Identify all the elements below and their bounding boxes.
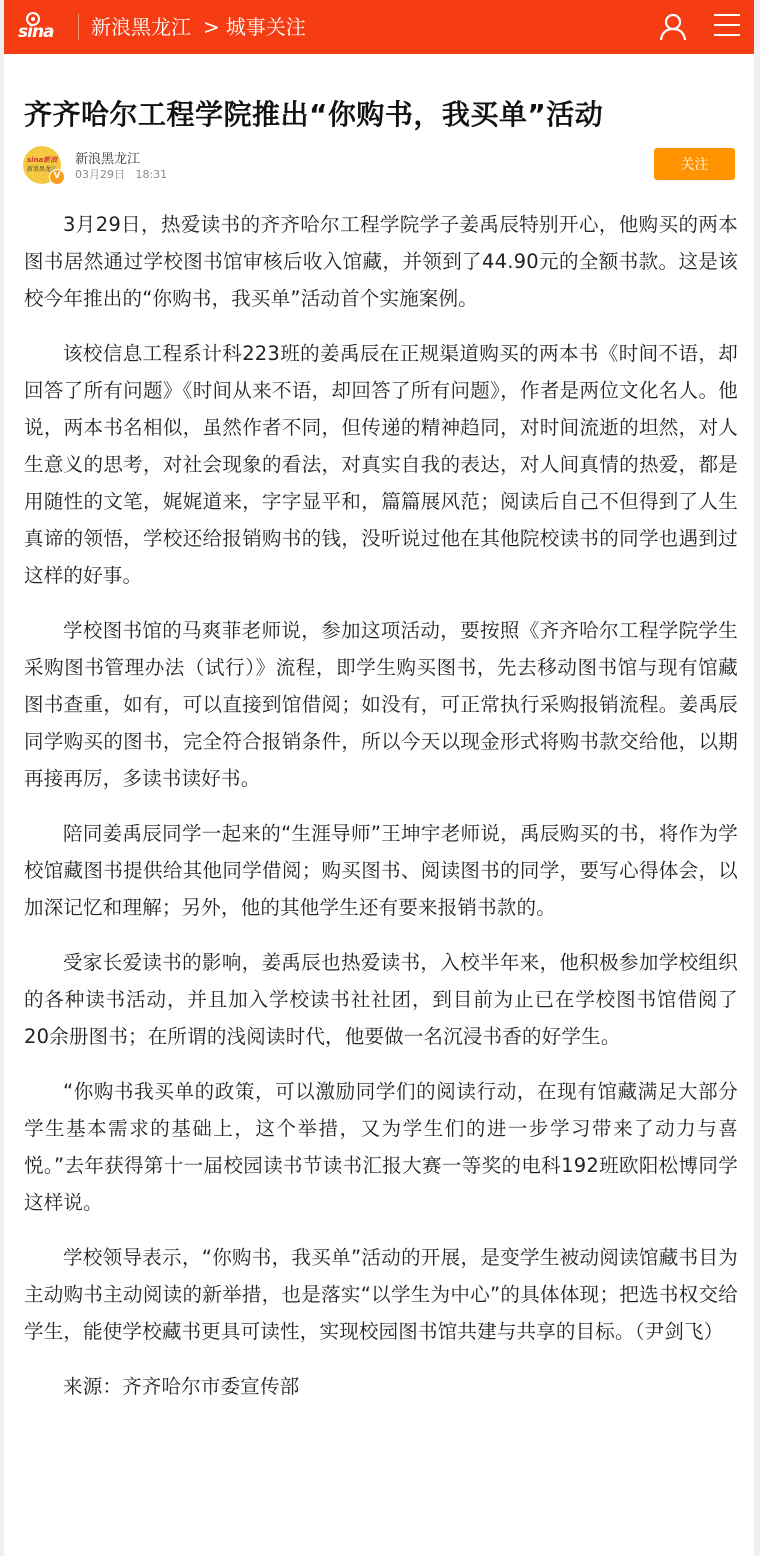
nav-divider	[78, 14, 79, 40]
article-paragraph: 学校领导表示，“你购书，我买单”活动的开展，是变学生被动阅读馆藏书目为主动购书主…	[24, 1239, 738, 1350]
top-nav-bar: sina 新浪黑龙江>城事关注	[4, 0, 754, 54]
article-paragraph: 该校信息工程系计科223班的姜禹辰在正规渠道购买的两本书《时间不语，却回答了所有…	[24, 335, 738, 594]
sina-logo-text: sina	[18, 22, 54, 42]
breadcrumb-channel[interactable]: 新浪黑龙江	[91, 15, 191, 39]
publish-date: 03月29日 18:31	[75, 166, 167, 182]
article-body: 3月29日，热爱读书的齐齐哈尔工程学院学子姜禹辰特别开心，他购买的两本图书居然通…	[24, 206, 738, 1423]
verified-badge-icon: V	[49, 169, 65, 185]
article-source: 来源：齐齐哈尔市委宣传部	[24, 1368, 738, 1405]
user-icon[interactable]	[658, 12, 688, 42]
chevron-right-icon: >	[203, 13, 220, 41]
sina-logo[interactable]: sina	[16, 10, 60, 44]
article-paragraph: 3月29日，热爱读书的齐齐哈尔工程学院学子姜禹辰特别开心，他购买的两本图书居然通…	[24, 206, 738, 317]
page: sina 新浪黑龙江>城事关注 齐齐哈尔工程学院推出“你购书，我买单”活动 si…	[4, 0, 754, 1556]
article-title: 齐齐哈尔工程学院推出“你购书，我买单”活动	[24, 96, 744, 134]
author-avatar[interactable]: sina新浪 新浪黑龙江 V	[23, 146, 61, 184]
article-paragraph: 学校图书馆的马爽菲老师说，参加这项活动，要按照《齐齐哈尔工程学院学生采购图书管理…	[24, 612, 738, 797]
breadcrumb-section[interactable]: 城事关注	[226, 15, 306, 39]
article-paragraph: 陪同姜禹辰同学一起来的“生涯导师”王坤宇老师说，禹辰购买的书，将作为学校馆藏图书…	[24, 815, 738, 926]
menu-icon[interactable]	[714, 14, 740, 38]
article-paragraph: “你购书我买单的政策，可以激励同学们的阅读行动，在现有馆藏满足大部分学生基本需求…	[24, 1073, 738, 1221]
follow-button[interactable]: 关注	[654, 148, 735, 180]
breadcrumb: 新浪黑龙江>城事关注	[91, 13, 306, 41]
article-paragraph: 受家长爱读书的影响，姜禹辰也热爱读书，入校半年来，他积极参加学校组织的各种读书活…	[24, 944, 738, 1055]
author-name[interactable]: 新浪黑龙江	[75, 148, 140, 167]
